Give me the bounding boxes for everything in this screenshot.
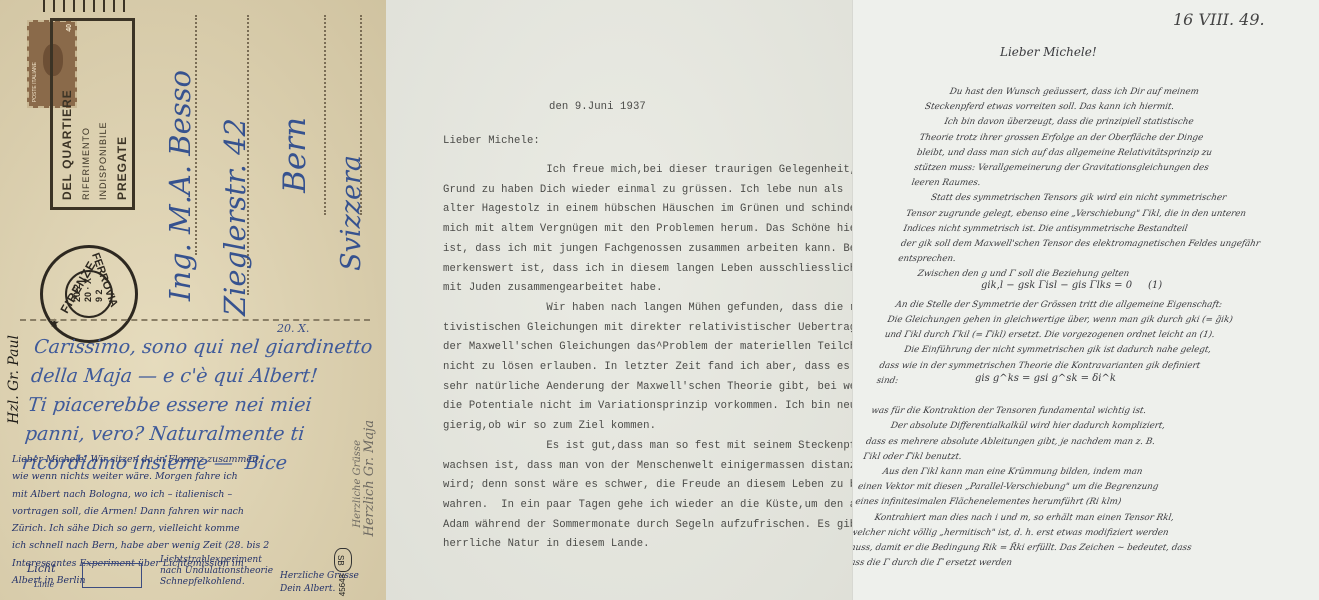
cancel-line: DEL QUARTIERE <box>60 30 74 200</box>
address-street: Zieglerstr. 42 <box>218 118 252 316</box>
handwritten-letter: 16 VIII. 49. Lieber Michele! Du hast den… <box>852 0 1319 600</box>
postcard: 40 POSTE ITALIANE PREGATE INDISPONIBILE … <box>0 0 386 600</box>
closing-signature: Herzliche Grüsse Dein Albert. <box>280 570 359 596</box>
postmark-circle: FIRENZE 20-2 20 · X 9 2 FERROVIA ★ <box>40 245 138 343</box>
divider <box>20 319 370 321</box>
address-country: Svizzera <box>336 155 367 271</box>
sketch-label-small: Linie <box>34 580 54 589</box>
cancel-line: PREGATE <box>115 30 129 200</box>
postmark-date-line: 20 · X <box>83 278 93 302</box>
equation-2: gis g^ks = gsi g^sk = δi^k <box>975 373 1116 384</box>
address-line <box>324 15 326 215</box>
postmark-date-line: 20-2 <box>72 284 82 302</box>
letter-salutation: Lieber Michele! <box>1000 45 1097 59</box>
letter-date: 16 VIII. 49. <box>1173 10 1265 29</box>
margin-note-right-small: Herzliche Grüsse <box>352 440 363 528</box>
letter-date: den 9.Juni 1937 <box>549 101 646 113</box>
cancellation-lines <box>43 0 133 12</box>
machine-cancellation-text: PREGATE INDISPONIBILE RIFERIMENTO DEL QU… <box>56 30 132 200</box>
cancel-line: INDISPONIBILE <box>98 30 108 200</box>
address-recipient: Ing. M.A. Besso <box>163 70 197 301</box>
margin-note-right: Herzlich Gr. Maja <box>362 420 377 536</box>
typed-letter: den 9.Juni 1937 Lieber Michele: Ich freu… <box>386 0 852 600</box>
equation-1: gik,l − gsk Γisl − gis Γlks = 0 (1) <box>981 280 1162 291</box>
archive-stamp: SB <box>334 548 352 572</box>
letter-body: Du hast den Wunsch geäussert, dass ich D… <box>852 85 1288 572</box>
cancel-line: RIFERIMENTO <box>81 30 91 200</box>
sketch-notes: Lichtstrahlexperiment nach Undulationsth… <box>160 555 273 588</box>
sketch-label: Licht <box>27 562 56 575</box>
archive-number: 45643 <box>338 574 347 596</box>
letter-body: Ich freue mich,bei dieser traurigen Gele… <box>443 161 852 555</box>
margin-note-left: Hzl. Gr. Paul <box>6 335 22 424</box>
letter-salutation: Lieber Michele: <box>443 135 540 147</box>
experiment-sketch <box>82 563 142 588</box>
address-city: Bern <box>277 117 313 193</box>
stamp-country: POSTE ITALIANE <box>32 62 38 102</box>
